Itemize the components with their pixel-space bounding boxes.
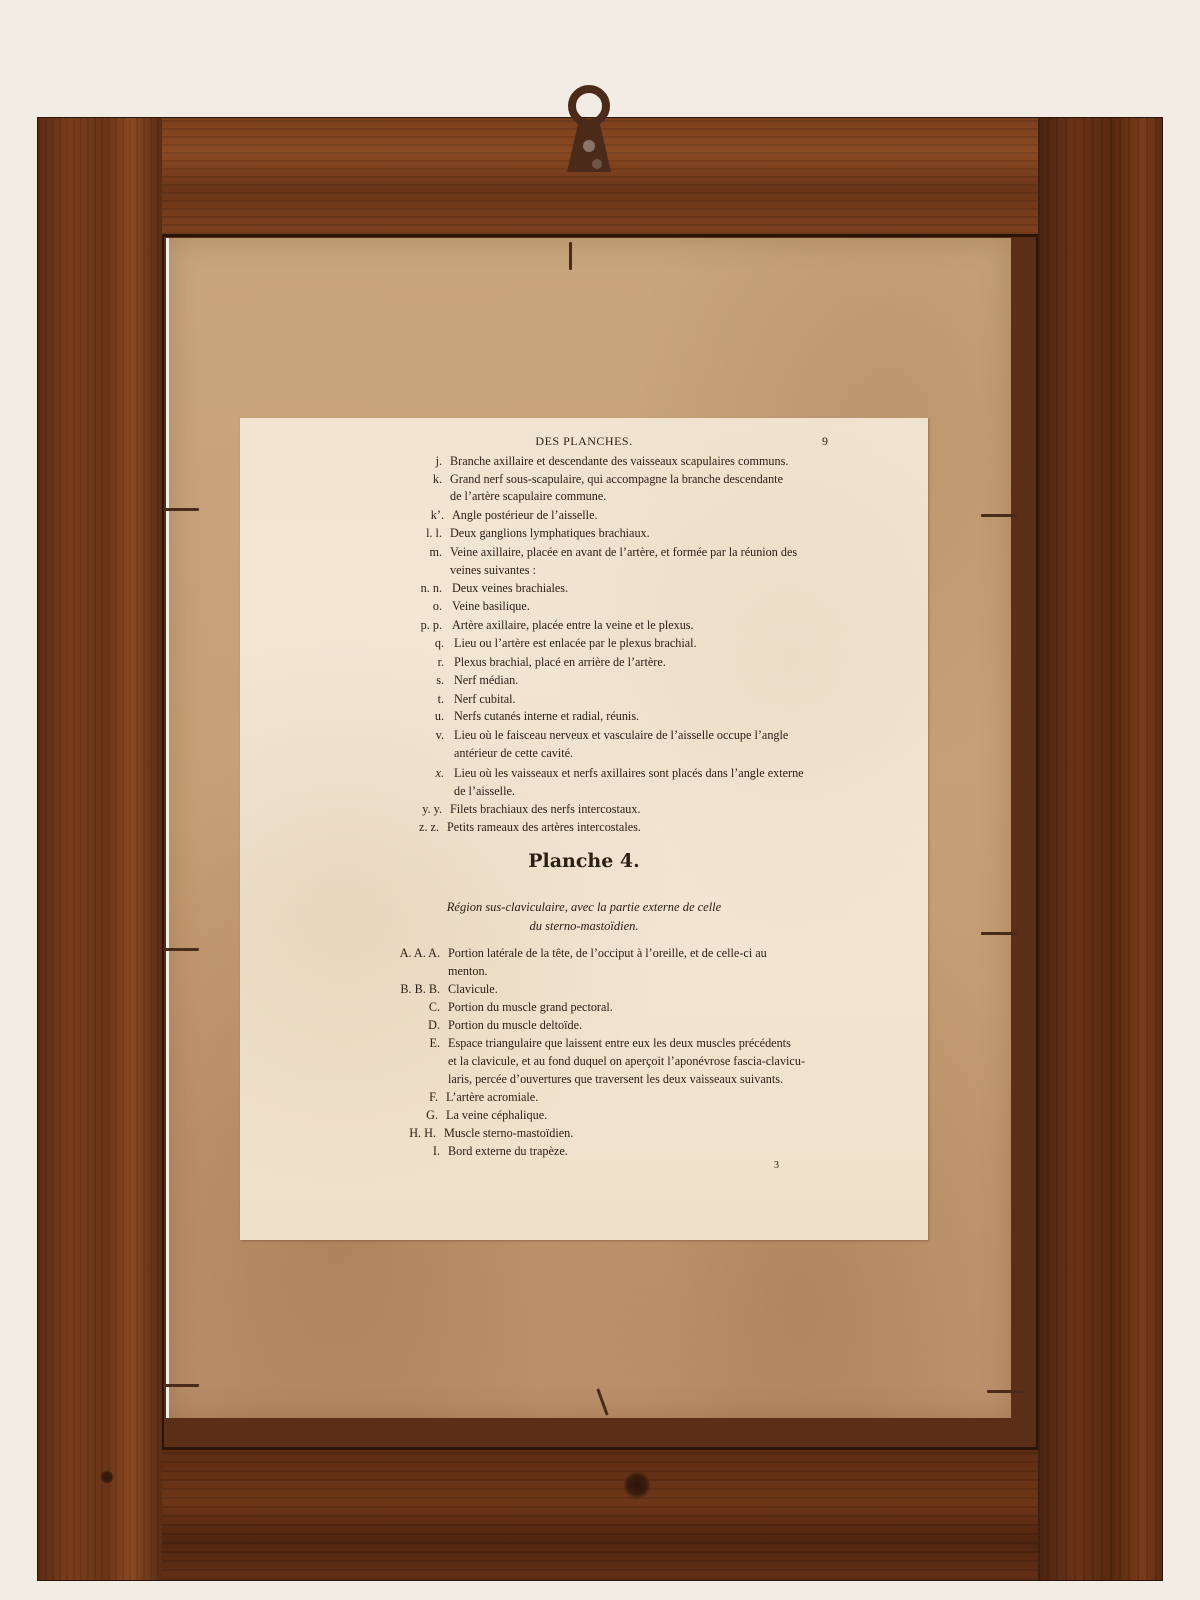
- wood-knot: [624, 1470, 650, 1500]
- entry-key: o.: [400, 599, 442, 614]
- entry-key: B. B. B.: [380, 982, 440, 997]
- entry-key: m.: [400, 545, 442, 560]
- entry-text: Artère axillaire, placée entre la veine …: [452, 618, 694, 633]
- entry-key: H. H.: [390, 1126, 436, 1141]
- entry-key: C.: [400, 1000, 440, 1015]
- entry-key: A. A. A.: [380, 946, 440, 961]
- nail: [981, 932, 1017, 935]
- entry-key: D.: [400, 1018, 440, 1033]
- entry-key: q.: [400, 636, 444, 651]
- entry-text: Deux veines brachiales.: [452, 581, 568, 596]
- entry-text: Espace triangulaire que laissent entre e…: [448, 1036, 791, 1051]
- entry-text: Lieu ou l’artère est enlacée par le plex…: [454, 636, 697, 651]
- entry-text: L’artère acromiale.: [446, 1090, 538, 1105]
- frame-rail-left: [38, 118, 164, 1580]
- entry-text: antérieur de cette cavité.: [454, 746, 573, 761]
- nail: [981, 514, 1017, 517]
- entry-key: G.: [400, 1108, 438, 1123]
- entry-key: r.: [400, 655, 444, 670]
- entry-key: l. l.: [400, 526, 442, 541]
- plate-subtitle-line-1: Région sus-claviculaire, avec la partie …: [240, 898, 928, 917]
- entry-key: t.: [400, 692, 444, 707]
- frame-rail-bottom: [162, 1447, 1038, 1580]
- entry-key: s.: [400, 673, 444, 688]
- entry-text: Portion du muscle deltoïde.: [448, 1018, 582, 1033]
- entry-text: Nerf médian.: [454, 673, 518, 688]
- entry-text: Clavicule.: [448, 982, 498, 997]
- entry-key: v.: [400, 728, 444, 743]
- entry-key: k.: [400, 472, 442, 487]
- entry-text: Deux ganglions lymphatiques brachiaux.: [450, 526, 650, 541]
- hanging-ring-icon: [563, 84, 615, 176]
- entry-text: Lieu où le faisceau nerveux et vasculair…: [454, 728, 788, 743]
- nail: [596, 1388, 608, 1415]
- entry-text: menton.: [448, 964, 488, 979]
- nail: [163, 508, 199, 511]
- page-number: 9: [822, 434, 828, 449]
- entry-text: et la clavicule, et au fond duquel on ap…: [448, 1054, 805, 1069]
- entry-text: Plexus brachial, placé en arrière de l’a…: [454, 655, 666, 670]
- entry-key: n. n.: [400, 581, 442, 596]
- entry-key: x.: [400, 766, 444, 781]
- entry-key: F.: [400, 1090, 438, 1105]
- frame-rail-right: [1036, 118, 1162, 1580]
- entry-text: Grand nerf sous-scapulaire, qui accompag…: [450, 472, 783, 487]
- nail: [569, 242, 572, 270]
- entry-key: I.: [400, 1144, 440, 1159]
- entry-key: u.: [400, 709, 444, 724]
- entry-key: p. p.: [400, 618, 442, 633]
- entry-key: j.: [400, 454, 442, 469]
- nail: [163, 1384, 199, 1387]
- entry-text: Lieu où les vaisseaux et nerfs axillaire…: [454, 766, 804, 781]
- entry-key: z. z.: [395, 820, 439, 835]
- entry-key: E.: [400, 1036, 440, 1051]
- printed-page: DES PLANCHES. 9 j. Branche axillaire et …: [240, 418, 928, 1240]
- entry-text: La veine céphalique.: [446, 1108, 547, 1123]
- entry-text: Branche axillaire et descendante des vai…: [450, 454, 788, 469]
- entry-text: Nerfs cutanés interne et radial, réunis.: [454, 709, 639, 724]
- entry-text: laris, percée d’ouvertures que traversen…: [448, 1072, 783, 1087]
- entry-key: k’.: [400, 508, 444, 523]
- entry-text: de l’artère scapulaire commune.: [450, 489, 606, 504]
- signature-mark: 3: [774, 1160, 779, 1171]
- entry-key: y. y.: [400, 802, 442, 817]
- wood-knot: [100, 1470, 114, 1484]
- entry-text: Petits rameaux des artères intercostales…: [447, 820, 641, 835]
- entry-text: de l’aisselle.: [454, 784, 515, 799]
- entry-text: Angle postérieur de l’aisselle.: [452, 508, 598, 523]
- entry-text: Bord externe du trapèze.: [448, 1144, 568, 1159]
- nail: [987, 1390, 1023, 1393]
- plate-subtitle: Région sus-claviculaire, avec la partie …: [240, 898, 928, 936]
- entry-text: Filets brachiaux des nerfs intercostaux.: [450, 802, 641, 817]
- entry-text: Nerf cubital.: [454, 692, 516, 707]
- entry-text: Veine axillaire, placée en avant de l’ar…: [450, 545, 797, 560]
- entry-text: Portion latérale de la tête, de l’occipu…: [448, 946, 767, 961]
- entry-text: veines suivantes :: [450, 563, 536, 578]
- plate-title: Planche 4.: [240, 850, 928, 872]
- nail: [163, 948, 199, 951]
- entry-text: Portion du muscle grand pectoral.: [448, 1000, 613, 1015]
- entry-text: Veine basilique.: [452, 599, 530, 614]
- plate-subtitle-line-2: du sterno-mastoïdien.: [240, 917, 928, 936]
- entry-text: Muscle sterno-mastoïdien.: [444, 1126, 573, 1141]
